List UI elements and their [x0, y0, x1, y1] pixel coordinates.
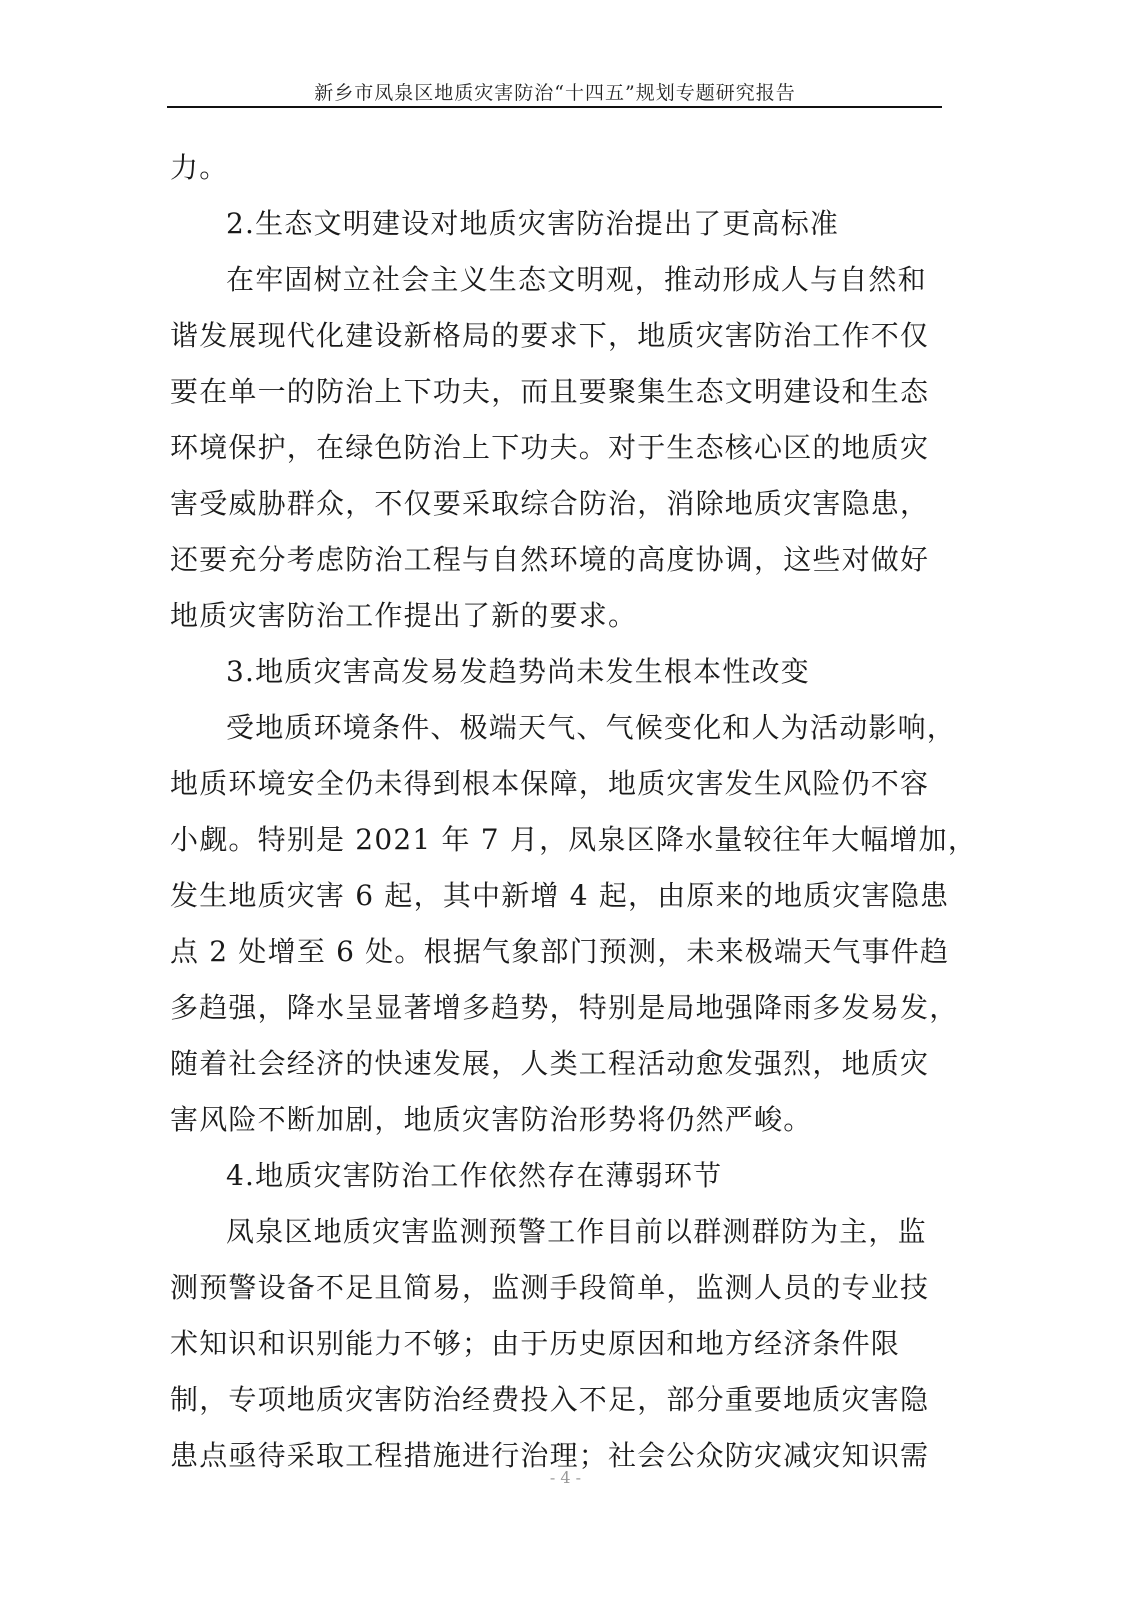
section-heading-2: 2.生态文明建设对地质灾害防治提出了更高标准: [170, 196, 945, 252]
text-line: 谐发展现代化建设新格局的要求下，地质灾害防治工作不仅: [170, 308, 945, 364]
page-number: - 4 -: [0, 1468, 1131, 1487]
text-line: 还要充分考虑防治工程与自然环境的高度协调，这些对做好: [170, 532, 945, 588]
text-line: 害风险不断加剧，地质灾害防治形势将仍然严峻。: [170, 1092, 945, 1148]
document-body: 力。 2.生态文明建设对地质灾害防治提出了更高标准 在牢固树立社会主义生态文明观…: [170, 140, 945, 1484]
text-line: 在牢固树立社会主义生态文明观，推动形成人与自然和: [170, 252, 945, 308]
text-line: 小觑。特别是 2021 年 7 月，凤泉区降水量较往年大幅增加，: [170, 812, 945, 868]
header-divider: [167, 106, 942, 108]
text-line: 术知识和识别能力不够；由于历史原因和地方经济条件限: [170, 1316, 945, 1372]
section-heading-4: 4.地质灾害防治工作依然存在薄弱环节: [170, 1148, 945, 1204]
text-line: 力。: [170, 140, 945, 196]
text-line: 要在单一的防治上下功夫，而且要聚集生态文明建设和生态: [170, 364, 945, 420]
text-line: 害受威胁群众，不仅要采取综合防治，消除地质灾害隐患，: [170, 476, 945, 532]
text-line: 地质环境安全仍未得到根本保障，地质灾害发生风险仍不容: [170, 756, 945, 812]
section-heading-3: 3.地质灾害高发易发趋势尚未发生根本性改变: [170, 644, 945, 700]
text-line: 多趋强，降水呈显著增多趋势，特别是局地强降雨多发易发，: [170, 980, 945, 1036]
text-line: 发生地质灾害 6 起，其中新增 4 起，由原来的地质灾害隐患: [170, 868, 945, 924]
text-line: 受地质环境条件、极端天气、气候变化和人为活动影响，: [170, 700, 945, 756]
running-header: 新乡市凤泉区地质灾害防治“十四五”规划专题研究报告: [170, 78, 940, 105]
text-line: 制，专项地质灾害防治经费投入不足，部分重要地质灾害隐: [170, 1372, 945, 1428]
text-line: 随着社会经济的快速发展，人类工程活动愈发强烈，地质灾: [170, 1036, 945, 1092]
text-line: 地质灾害防治工作提出了新的要求。: [170, 588, 945, 644]
text-line: 凤泉区地质灾害监测预警工作目前以群测群防为主，监: [170, 1204, 945, 1260]
text-line: 环境保护，在绿色防治上下功夫。对于生态核心区的地质灾: [170, 420, 945, 476]
text-line: 点 2 处增至 6 处。根据气象部门预测，未来极端天气事件趋: [170, 924, 945, 980]
text-line: 测预警设备不足且简易，监测手段简单，监测人员的专业技: [170, 1260, 945, 1316]
